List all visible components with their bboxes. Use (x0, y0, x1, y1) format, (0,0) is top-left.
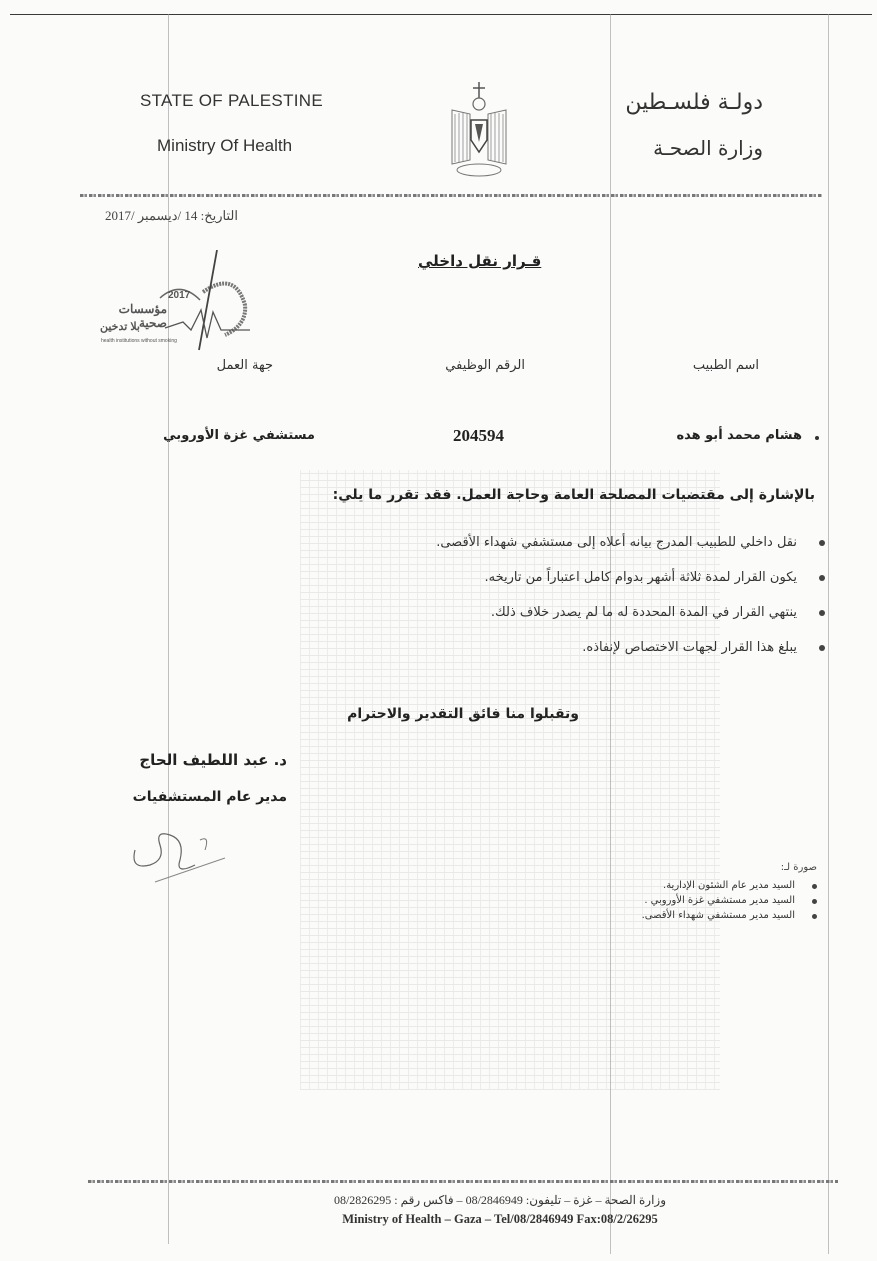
bullet-icon (812, 914, 817, 919)
cc-item: السيد مدير مستشفي غزة الأوروبي . (642, 895, 817, 906)
document-date: التاريخ: 14 /ديسمبر /2017 (105, 208, 238, 224)
document-title: قـرار نقل داخلي (418, 252, 541, 270)
header-state-ar: دولـة فلسـطين (625, 90, 763, 115)
employee-number: 204594 (453, 426, 504, 446)
bullet-icon (819, 540, 825, 546)
signatory-title: مدير عام المستشفيات (133, 789, 287, 805)
logo-line-2: بلا تدخين (100, 320, 140, 333)
header-ministry-ar: وزارة الصحـة (653, 136, 763, 160)
smoke-free-logo: 2017 مؤسسات صحية بلا تدخين health instit… (95, 250, 255, 360)
closing-text: وتقبلوا منا فائق التقدير والاحترام (347, 706, 579, 722)
decision-item: يبلغ هذا القرار لجهات الاختصاص لإنفاذه. (305, 640, 825, 655)
bullet-icon (819, 575, 825, 581)
cc-list: السيد مدير عام الشئون الإدارية. السيد مد… (642, 880, 817, 925)
decision-item: ينتهي القرار في المدة المحددة له ما لم ي… (305, 605, 825, 620)
header-workplace: جهة العمل (217, 358, 273, 373)
header-state-en: STATE OF PALESTINE (140, 91, 323, 111)
decision-list: نقل داخلي للطبيب المدرج بيانه أعلاه إلى … (305, 535, 825, 675)
workplace: مستشفي غزة الأوروبي (163, 428, 315, 443)
bullet-icon (812, 899, 817, 904)
logo-line-3: health institutions without smoking (101, 338, 177, 344)
cc-item: السيد مدير عام الشئون الإدارية. (642, 880, 817, 891)
header-ministry-en: Ministry Of Health (157, 136, 292, 156)
footer-contact-en: Ministry of Health – Gaza – Tel/08/28469… (300, 1212, 700, 1227)
row-bullet (815, 436, 819, 440)
top-border-line (10, 14, 872, 15)
bullet-icon (819, 610, 825, 616)
cc-item: السيد مدير مستشفي شهداء الأقصى. (642, 910, 817, 921)
intro-text: بالإشارة إلى مقتضيات المصلحة العامة وحاج… (333, 487, 815, 503)
footer-divider (88, 1180, 838, 1183)
decision-item: نقل داخلي للطبيب المدرج بيانه أعلاه إلى … (305, 535, 825, 550)
bullet-icon (819, 645, 825, 651)
signature-icon (125, 820, 255, 890)
signatory-name: د. عبد اللطيف الحاج (139, 751, 287, 769)
scan-artifact-line (828, 14, 829, 1254)
decision-item: يكون القرار لمدة ثلاثة أشهر بدوام كامل ا… (305, 570, 825, 585)
bullet-icon (812, 884, 817, 889)
cc-label: صورة لـ: (781, 862, 817, 873)
doctor-name: هشام محمد أبو هده (676, 428, 802, 443)
logo-year: 2017 (168, 290, 190, 301)
footer-contact-ar: وزارة الصحة – غزة – تليفون: 08/2846949 –… (300, 1193, 700, 1208)
header-divider (80, 194, 822, 197)
header-employee-number: الرقم الوظيفي (445, 358, 525, 373)
eagle-emblem-icon (444, 80, 514, 180)
header-doctor-name: اسم الطبيب (693, 358, 759, 373)
scan-artifact-line (168, 14, 169, 1244)
